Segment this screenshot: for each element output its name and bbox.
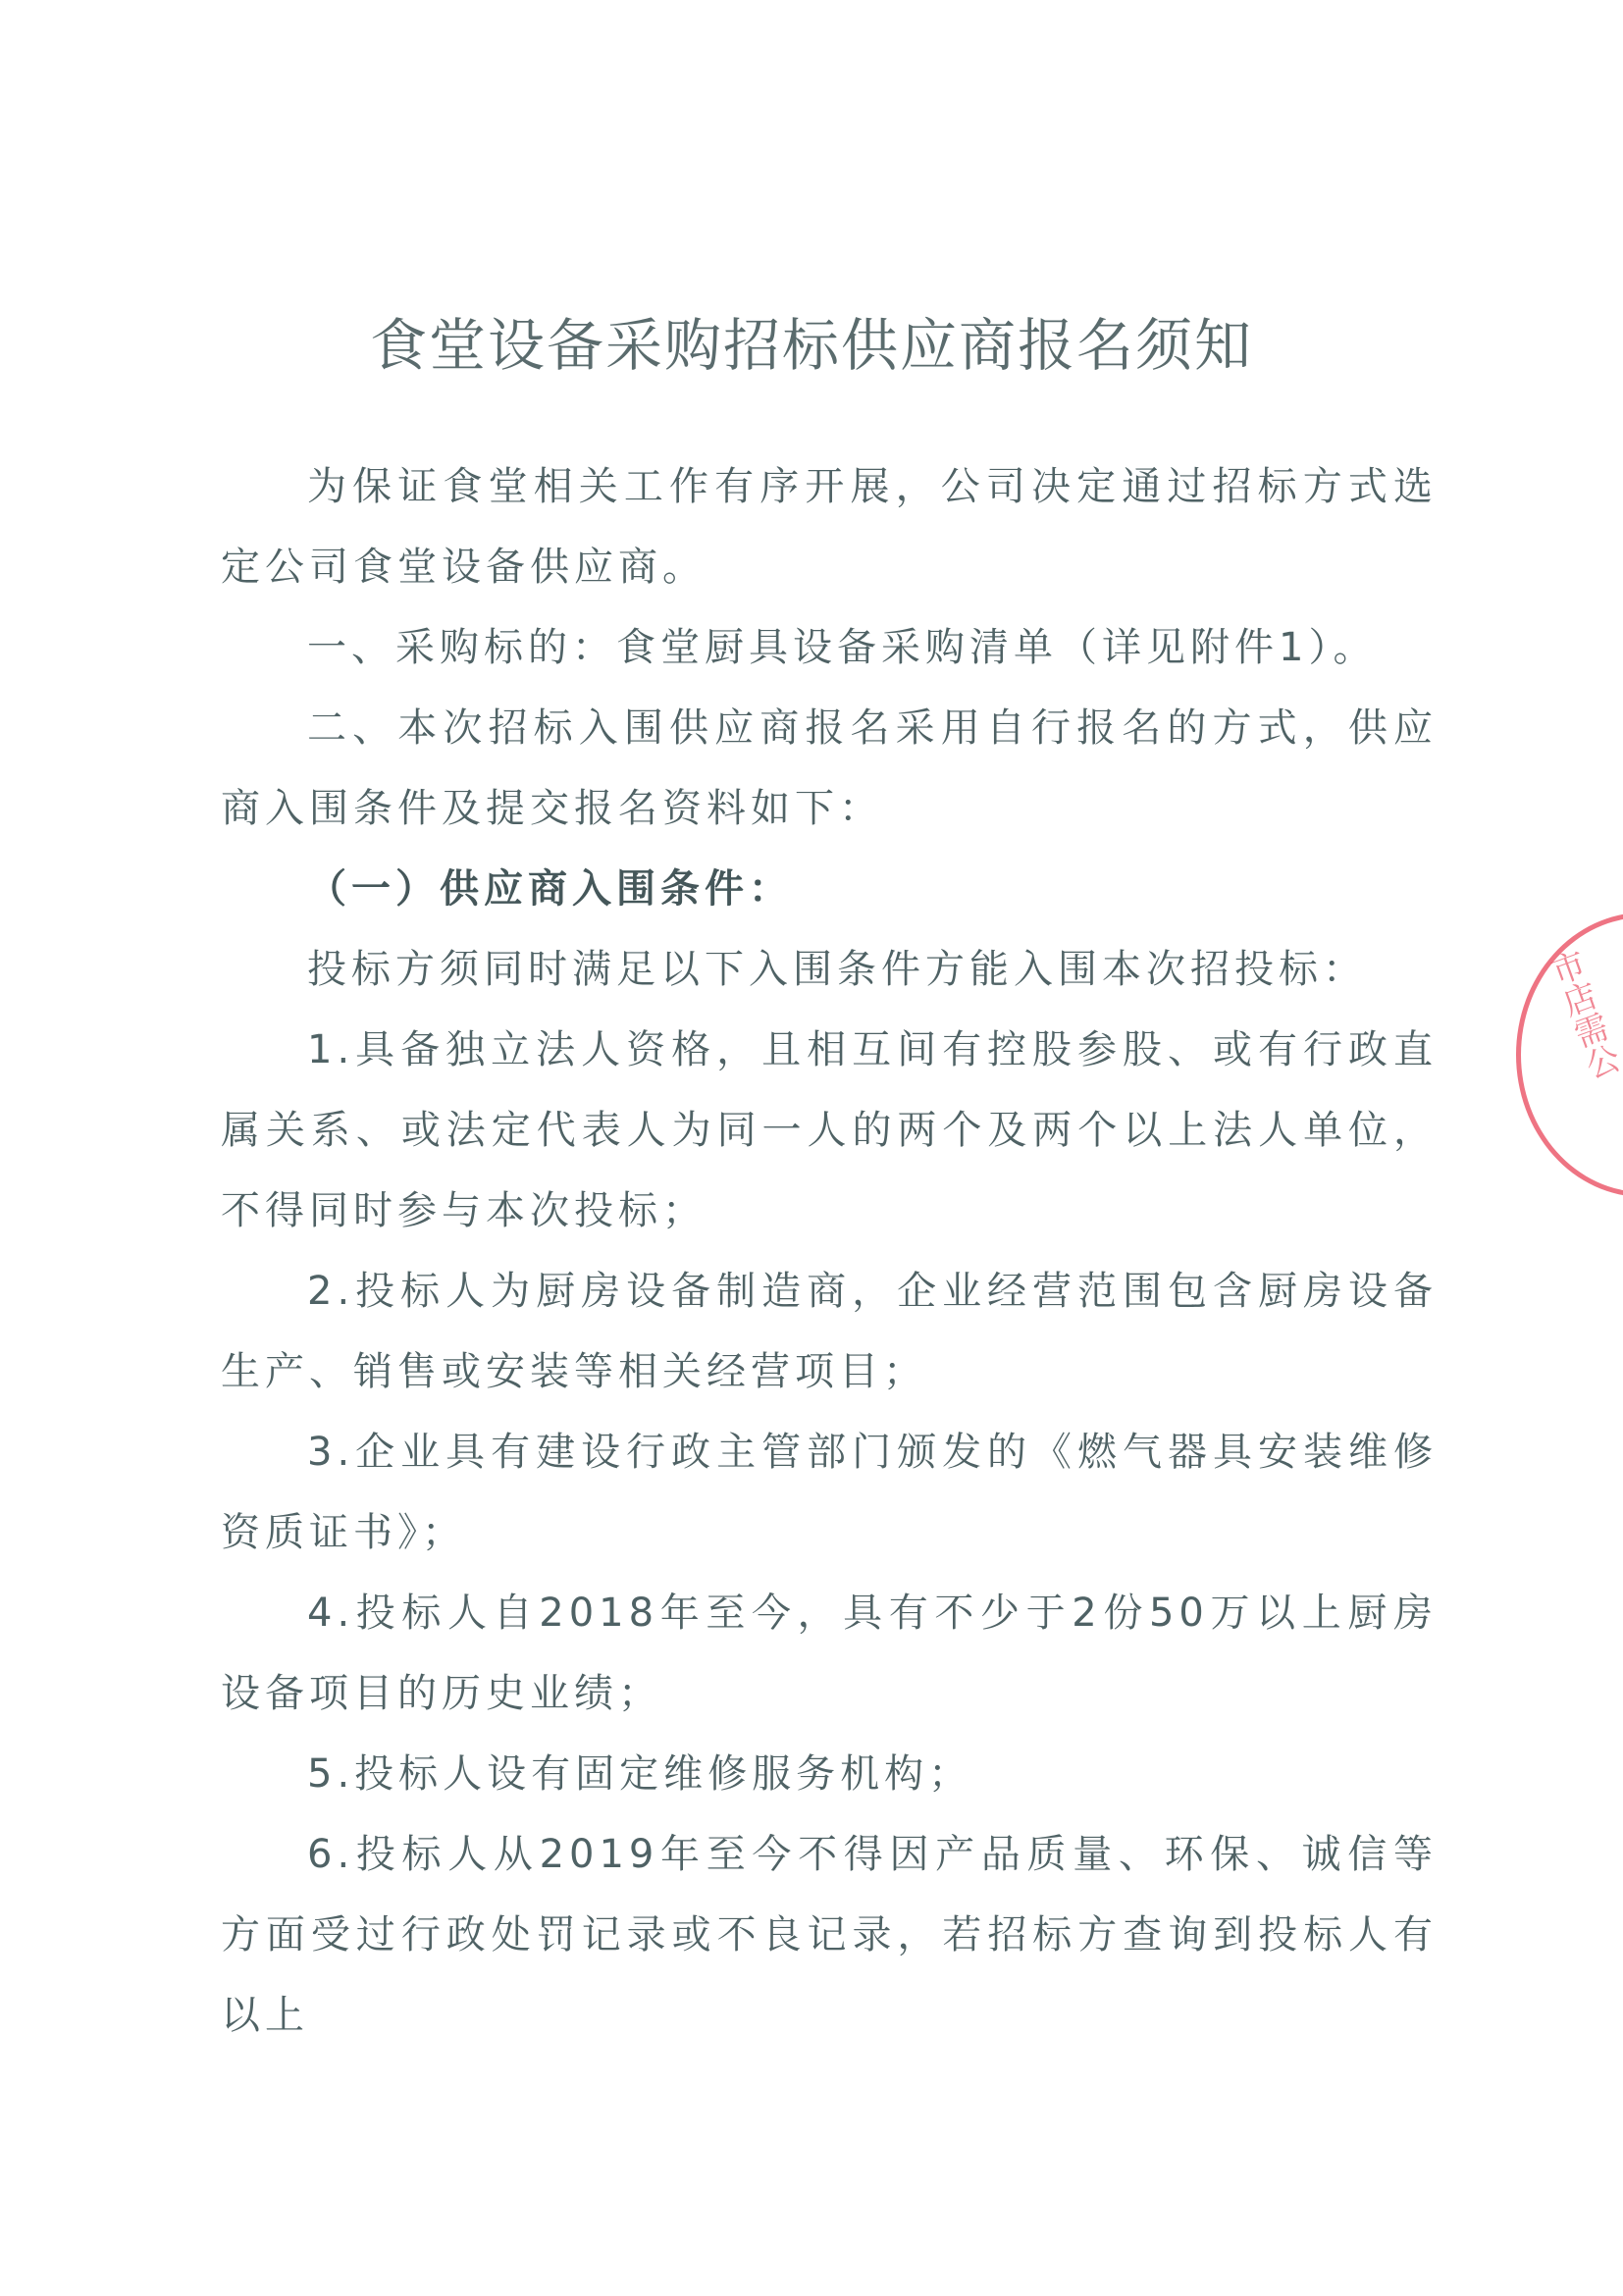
seal-text: 市店需公 bbox=[1523, 946, 1623, 1091]
list-item-condition-2: 2.投标人为厨房设备制造商，企业经营范围包含厨房设备生产、销售或安装等相关经营项… bbox=[221, 1251, 1438, 1412]
document-page: 食堂设备采购招标供应商报名须知 为保证食堂相关工作有序开展，公司决定通过招标方式… bbox=[0, 0, 1623, 2296]
seal-ring-icon bbox=[1516, 913, 1623, 1197]
list-item-condition-4: 4.投标人自2018年至今，具有不少于2份50万以上厨房设备项目的历史业绩； bbox=[221, 1573, 1438, 1734]
list-item-condition-6: 6.投标人从2019年至今不得因产品质量、环保、诚信等方面受过行政处罚记录或不良… bbox=[221, 1814, 1438, 2056]
paragraph-section-1: 一、采购标的：食堂厨具设备采购清单（详见附件1）。 bbox=[221, 607, 1438, 688]
document-body: 为保证食堂相关工作有序开展，公司决定通过招标方式选定公司食堂设备供应商。 一、采… bbox=[221, 446, 1438, 2056]
list-item-condition-3: 3.企业具有建设行政主管部门颁发的《燃气器具安装维修资质证书》； bbox=[221, 1412, 1438, 1573]
document-title: 食堂设备采购招标供应商报名须知 bbox=[0, 299, 1623, 382]
paragraph-intro: 为保证食堂相关工作有序开展，公司决定通过招标方式选定公司食堂设备供应商。 bbox=[221, 446, 1438, 607]
paragraph-qualification-intro: 投标方须同时满足以下入围条件方能入围本次招投标： bbox=[221, 929, 1438, 1010]
paragraph-section-2: 二、本次招标入围供应商报名采用自行报名的方式，供应商入围条件及提交报名资料如下： bbox=[221, 688, 1438, 849]
list-item-condition-1: 1.具备独立法人资格，且相互间有控股参股、或有行政直属关系、或法定代表人为同一人… bbox=[221, 1010, 1438, 1251]
company-seal-stamp: 市店需公 bbox=[1516, 913, 1623, 1197]
subheading-qualification: （一）供应商入围条件： bbox=[221, 849, 1438, 929]
list-item-condition-5: 5.投标人设有固定维修服务机构； bbox=[221, 1734, 1438, 1814]
